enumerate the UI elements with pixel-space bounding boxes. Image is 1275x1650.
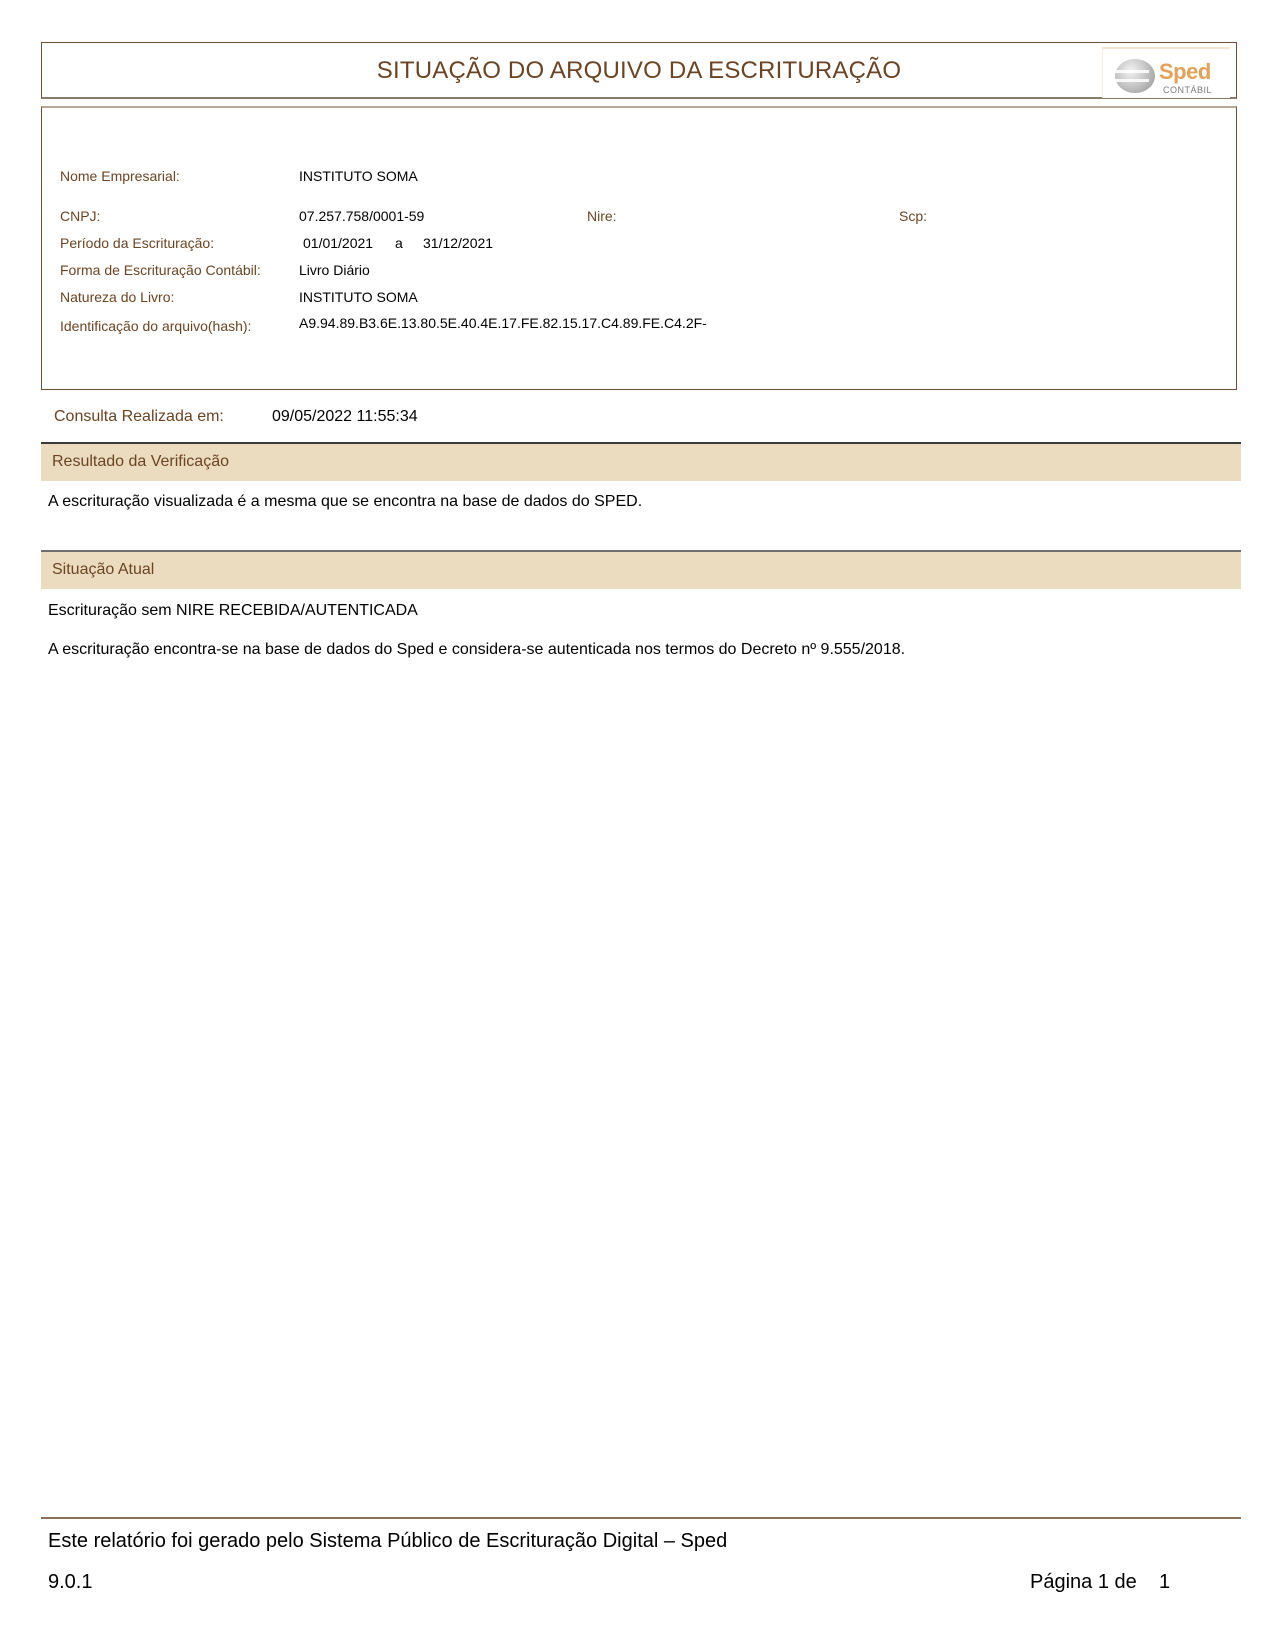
footer-version: 9.0.1 [48, 1571, 92, 1594]
report-title: SITUAÇÃO DO ARQUIVO DA ESCRITURAÇÃO [42, 57, 1236, 85]
footer-divider [41, 1517, 1241, 1519]
periodo-label: Período da Escrituração: [60, 235, 214, 251]
logo-brand-text: Sped [1159, 59, 1211, 85]
hash-value: A9.94.89.B3.6E.13.80.5E.40.4E.17.FE.82.1… [299, 315, 707, 331]
consulta-label: Consulta Realizada em: [54, 408, 224, 426]
periodo-separator: a [395, 235, 403, 251]
sped-globe-icon [1115, 59, 1155, 93]
scp-label: Scp: [899, 208, 927, 224]
resultado-text: A escrituração visualizada é a mesma que… [48, 493, 642, 511]
situacao-heading: Situação Atual [52, 561, 154, 579]
natureza-livro-value: INSTITUTO SOMA [299, 289, 418, 305]
hash-label: Identificação do arquivo(hash): [60, 318, 251, 334]
report-header: SITUAÇÃO DO ARQUIVO DA ESCRITURAÇÃO Sped… [41, 42, 1237, 99]
forma-escrituracao-value: Livro Diário [299, 262, 370, 278]
footer-page-total: 1 [1159, 1571, 1170, 1594]
cnpj-label: CNPJ: [60, 208, 100, 224]
situacao-section-header: Situação Atual [41, 550, 1241, 589]
nome-empresarial-label: Nome Empresarial: [60, 168, 180, 184]
nome-empresarial-value: INSTITUTO SOMA [299, 168, 418, 184]
sped-contabil-logo: Sped CONTÁBIL [1102, 47, 1230, 98]
resultado-section-header: Resultado da Verificação [41, 442, 1241, 481]
footer-generated-by: Este relatório foi gerado pelo Sistema P… [48, 1530, 727, 1553]
nire-label: Nire: [587, 208, 617, 224]
resultado-heading: Resultado da Verificação [52, 453, 229, 471]
footer-page-label: Página 1 de [1030, 1571, 1137, 1594]
periodo-end: 31/12/2021 [423, 235, 493, 251]
periodo-start: 01/01/2021 [303, 235, 373, 251]
escrituracao-info-box [41, 106, 1237, 390]
natureza-livro-label: Natureza do Livro: [60, 289, 174, 305]
logo-subtitle-text: CONTÁBIL [1163, 85, 1212, 95]
forma-escrituracao-label: Forma de Escrituração Contábil: [60, 262, 261, 278]
situacao-description-line: A escrituração encontra-se na base de da… [48, 641, 905, 659]
cnpj-value: 07.257.758/0001-59 [299, 208, 424, 224]
consulta-timestamp: 09/05/2022 11:55:34 [272, 408, 418, 426]
situacao-status-line: Escrituração sem NIRE RECEBIDA/AUTENTICA… [48, 602, 418, 620]
